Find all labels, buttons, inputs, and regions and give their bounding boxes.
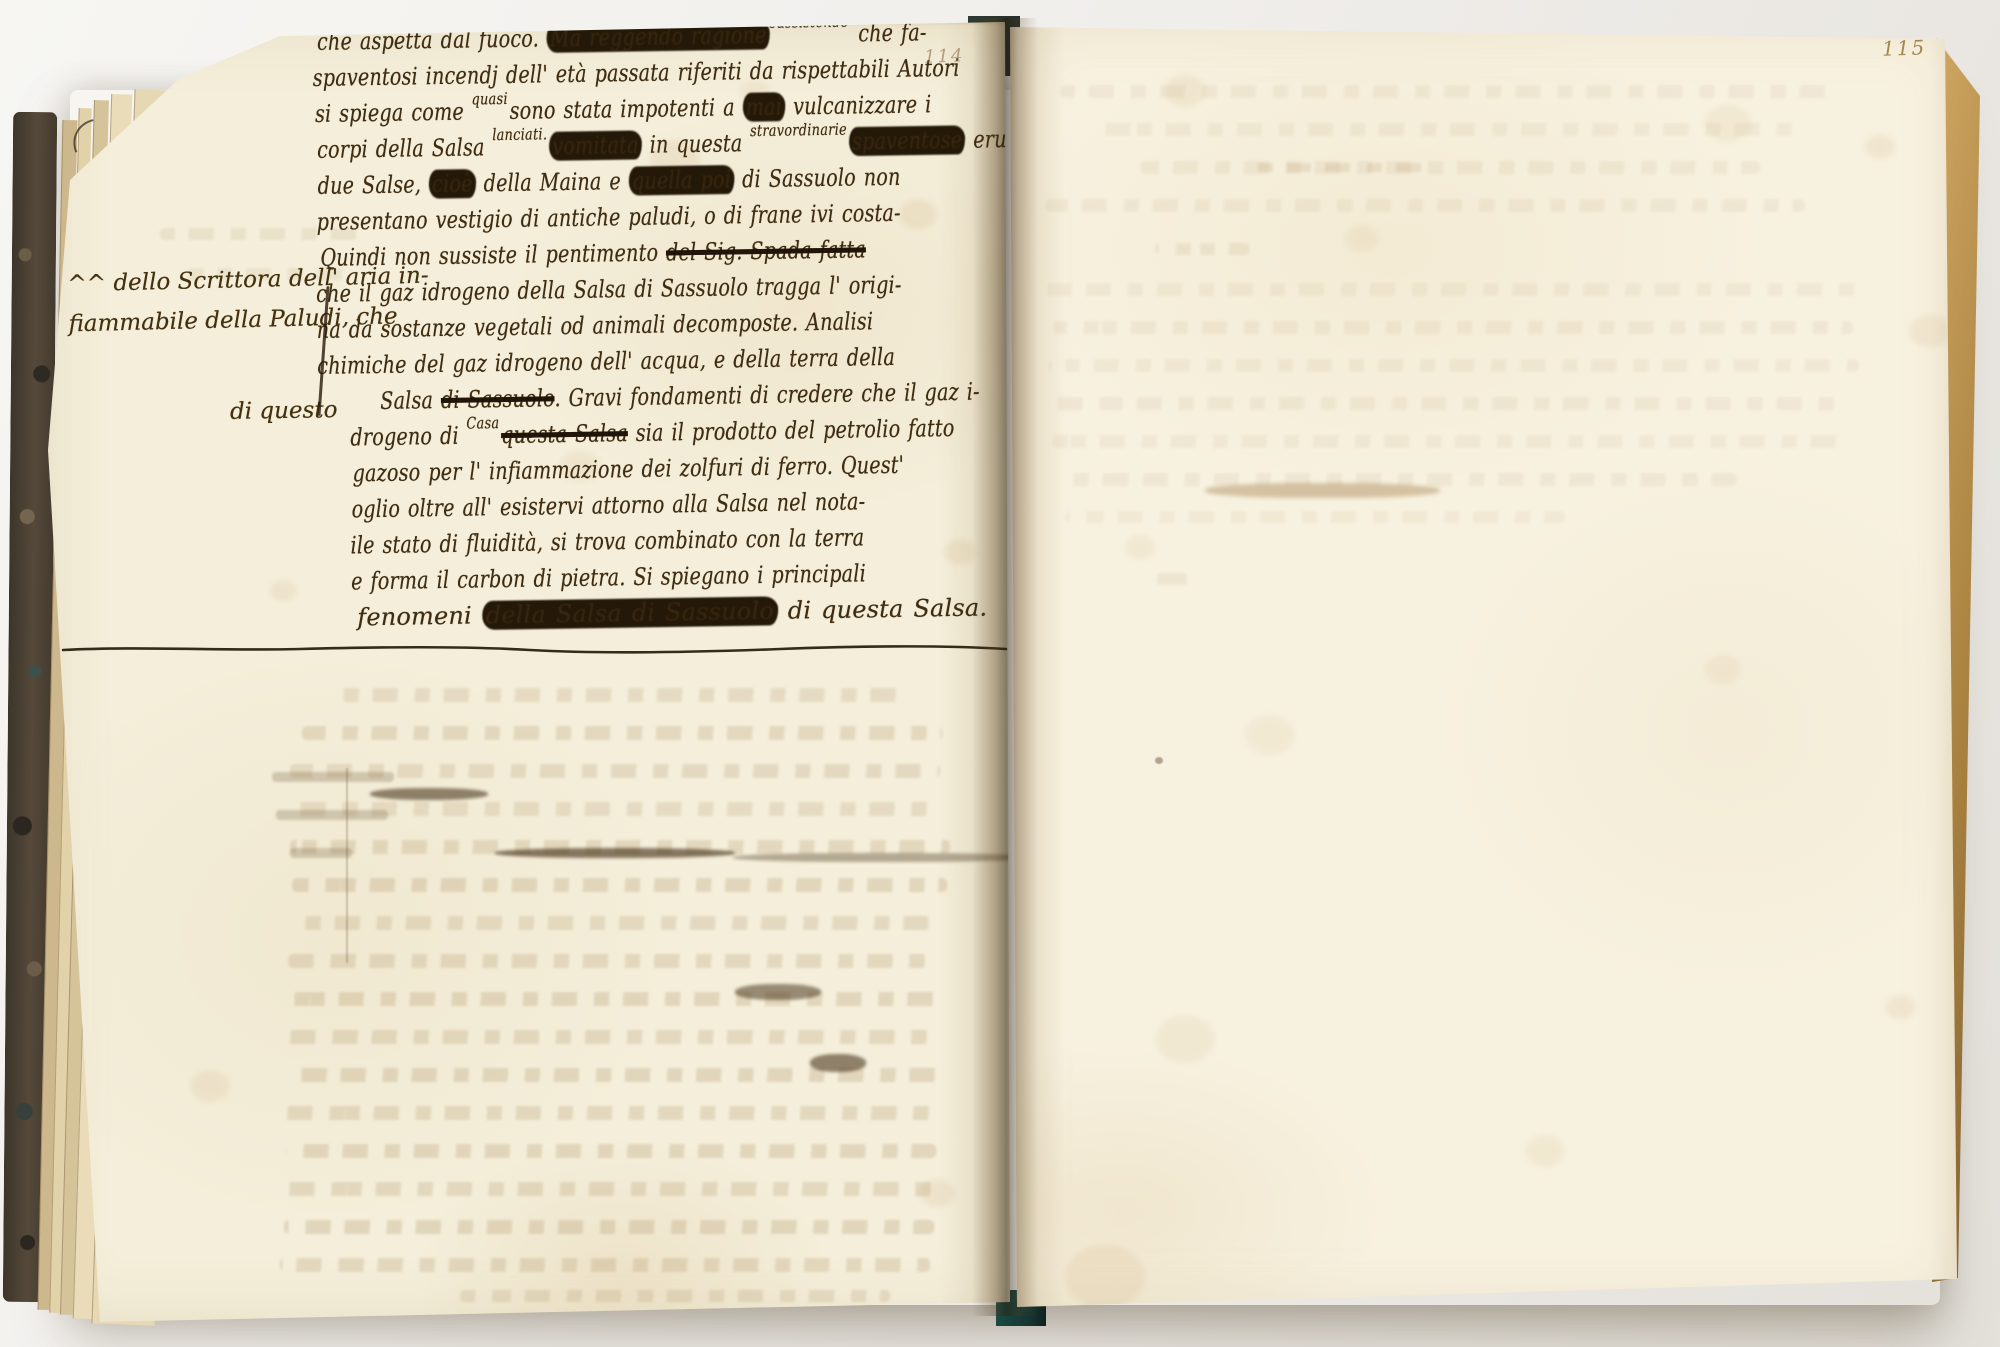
ink-text-segment: Salsa <box>380 386 441 415</box>
bleedthrough-line <box>1100 123 1800 136</box>
bleedthrough-line <box>290 916 930 930</box>
ink-text-segment: che aspetta dal fuoco. <box>317 24 547 56</box>
interlinear-insertion: sussistendo <box>769 12 848 32</box>
foxing-spot <box>1865 135 1895 159</box>
ink-blot: vomitata <box>549 131 642 160</box>
foxing-spot <box>1705 105 1751 142</box>
foxing-spot <box>1885 995 1915 1019</box>
strikethrough-segment: questa Salsa <box>501 419 628 449</box>
ink-blot: cioè <box>429 169 476 198</box>
ink-text-segment: fenomeni <box>357 601 482 631</box>
bleedthrough-line <box>290 992 945 1006</box>
ink-text-segment: drogeno di <box>350 422 467 452</box>
foxing-spot <box>270 580 296 601</box>
bleedthrough-line <box>1155 243 1250 255</box>
pencil-margin-note <box>272 772 394 782</box>
bleedthrough-line <box>298 802 938 816</box>
bleedthrough-line <box>1255 163 1435 172</box>
foxing-spot <box>1155 1015 1215 1063</box>
ink-text-segment: di questa Salsa. <box>778 593 988 624</box>
ink-blot: mai <box>742 93 785 122</box>
ink-smudge <box>733 853 1033 862</box>
ink-smudge <box>810 1054 866 1072</box>
interlinear-insertion: Casa <box>466 413 499 433</box>
ink-text-segment: che fa- <box>850 18 927 47</box>
foxing-spot <box>1525 1135 1565 1167</box>
right-page: 115 <box>1005 15 1970 1315</box>
bleedthrough-line <box>1045 199 1805 212</box>
foxing-spot <box>1245 715 1295 755</box>
margin-note: ^^ dello Scrittora dell' aria in- fiamma… <box>67 256 430 345</box>
bleedthrough-line <box>1055 397 1845 410</box>
pencil-margin-note <box>276 810 388 820</box>
manuscript-photo: che aspetta dal fuoco. Ma reggendo ragio… <box>0 0 2000 1347</box>
pencil-vertical-line <box>346 768 348 963</box>
ink-smudge <box>495 848 735 858</box>
bleedthrough-line <box>292 878 947 892</box>
strikethrough-segment: del Sig. Spada fatta <box>666 235 866 266</box>
ink-text-segment: si spiega come <box>315 98 472 128</box>
interlinear-insertion: lanciati. <box>492 124 547 144</box>
foxing-spot <box>1065 1245 1145 1309</box>
bleedthrough-line <box>1065 511 1565 523</box>
foxing-spot <box>1705 655 1741 684</box>
interlinear-insertion: quasi <box>471 89 508 109</box>
bleedthrough-line <box>286 1144 936 1158</box>
ink-blot: della Salsa di Sassuolo <box>482 597 779 630</box>
bleedthrough-line <box>1049 359 1859 372</box>
ink-text-segment: in questa <box>642 129 751 159</box>
ink-text-segment: sia il prodotto del petrolio fatto <box>628 414 955 447</box>
ink-text-segment: . Gravi fondamenti di credere che il gaz… <box>554 378 980 413</box>
ink-text-segment: corpi della Salsa <box>317 133 493 164</box>
ink-text-segment: della Maina e <box>476 167 629 197</box>
foxing-spot <box>1125 535 1155 559</box>
bleedthrough-line <box>460 1290 890 1302</box>
bleedthrough-line <box>286 1030 936 1044</box>
bleedthrough-line <box>284 1106 939 1120</box>
ink-smudge <box>735 984 821 1000</box>
bleedthrough-line <box>340 688 900 702</box>
bleedthrough-line <box>1140 161 1760 174</box>
ink-smear <box>1205 483 1440 498</box>
bleedthrough-line <box>1045 283 1865 296</box>
interlinear-insertion: stravordinarie <box>750 120 847 141</box>
bleedthrough-line <box>284 1220 934 1234</box>
bleedthrough-line <box>288 954 938 968</box>
ink-text-segment: sono stata impotenti a <box>509 93 742 125</box>
foxing-spot <box>1910 315 1950 347</box>
ink-blot: Ma reggendo ragione <box>547 21 770 52</box>
bleedthrough-line <box>302 726 942 740</box>
foxing-spot <box>920 1180 954 1207</box>
ink-fleck <box>1155 757 1163 764</box>
pencil-margin-note <box>290 848 352 858</box>
ink-text-segment: due Salse, <box>317 170 429 200</box>
page-number-left: 114 <box>924 45 965 67</box>
bleedthrough-line <box>1053 321 1853 334</box>
separator-rule <box>60 640 1010 656</box>
page-edge-highlight <box>1005 15 1970 21</box>
bleedthrough-line <box>1155 573 1199 585</box>
ink-smudge <box>370 788 488 800</box>
foxing-spot <box>1345 225 1379 252</box>
bleedthrough-line <box>282 1182 937 1196</box>
strikethrough-segment: di Sassuolo <box>441 384 555 414</box>
left-page: che aspetta dal fuoco. Ma reggendo ragio… <box>40 20 1010 1330</box>
bleedthrough-line <box>280 1258 930 1272</box>
ink-blot: quella poi <box>629 165 735 195</box>
page-number-right: 115 <box>1882 35 1927 61</box>
bleedthrough-line <box>1051 435 1851 448</box>
foxing-spot <box>1165 75 1205 107</box>
foxing-spot <box>190 1070 230 1102</box>
ink-text-segment: di Sassuolo non <box>734 163 901 194</box>
ink-text-segment: vulcanizzare i <box>785 90 932 120</box>
ink-blot: spaventose <box>849 126 966 156</box>
